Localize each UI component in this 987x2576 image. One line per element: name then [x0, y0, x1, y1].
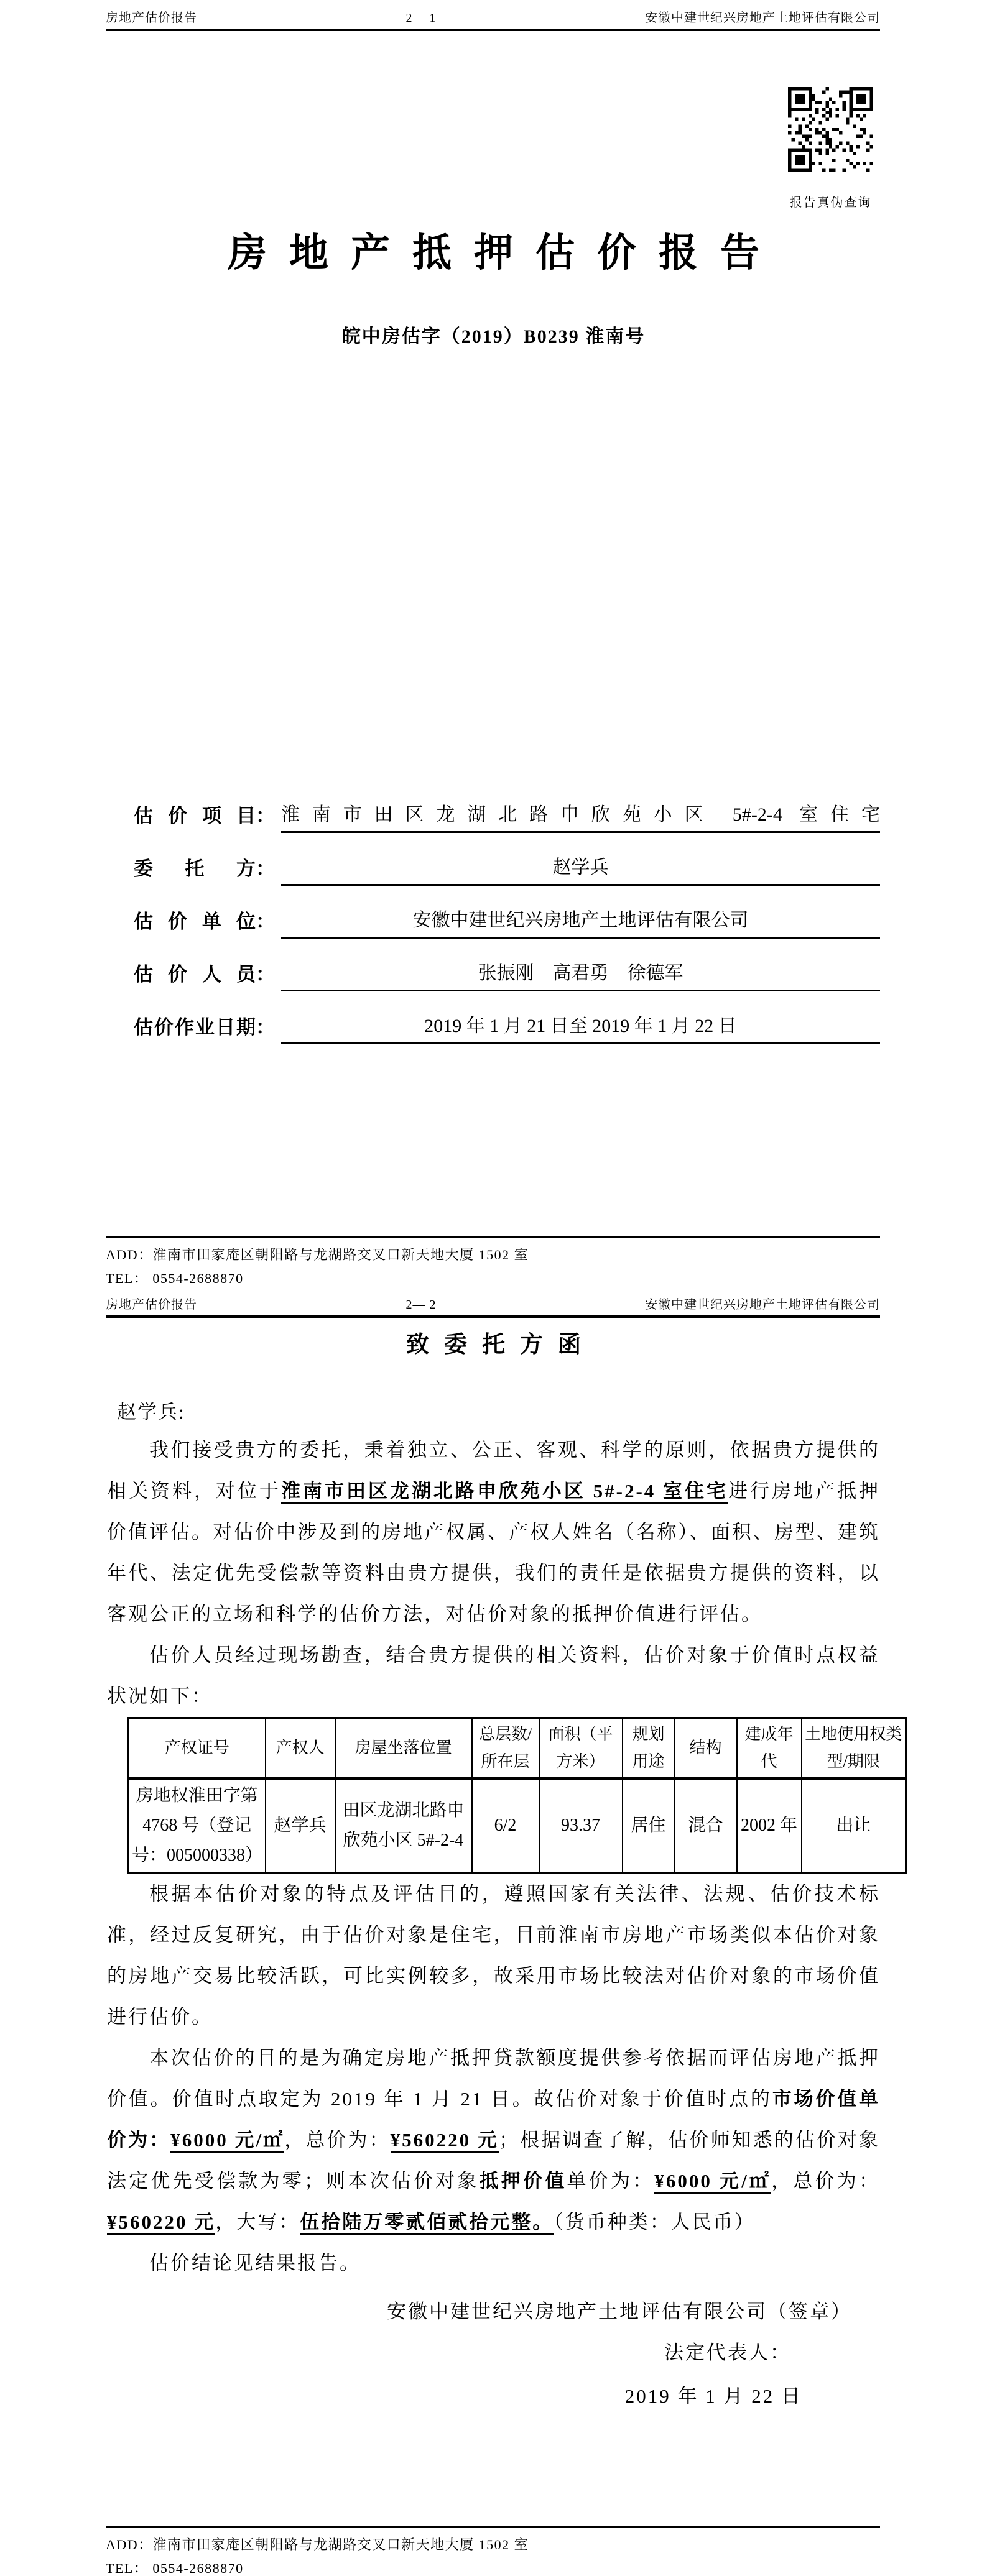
- text-run: ¥6000 元/㎡: [654, 2170, 771, 2194]
- table-cell: 6/2: [472, 1778, 539, 1873]
- field-value-work-dates: 2019 年 1 月 21 日至 2019 年 1 月 22 日: [281, 1014, 880, 1045]
- letter-title: 致委托方函: [0, 1325, 987, 1359]
- table-header-cell: 面积（平方米）: [539, 1718, 623, 1778]
- footer-address: ADD：淮南市田家庵区朝阳路与龙湖路交叉口新天地大厦 1502 室: [106, 2534, 529, 2554]
- table-header-cell: 房屋坐落位置: [335, 1718, 472, 1778]
- table-header-cell: 土地使用权类型/期限: [802, 1718, 906, 1778]
- signature-date: 2019 年 1 月 22 日: [107, 2376, 802, 2417]
- property-table-head: 产权证号产权人房屋坐落位置总层数/所在层面积（平方米）规划用途结构建成年代土地使…: [129, 1718, 906, 1778]
- text-run: ，总价为：: [771, 2170, 880, 2192]
- paragraph-conclusion-note: 估价结论见结果报告。: [107, 2243, 880, 2284]
- text-run: ¥6000 元/㎡: [170, 2129, 284, 2153]
- paragraph-valuation-result: 本次估价的目的是为确定房地产抵押贷款额度提供参考依据而评估房地产抵押价值。价值时…: [107, 2038, 880, 2243]
- cover-fields: 估价项目： 淮南市田区龙湖北路申欣苑小区 5#-2-4 室住宅 委托方： 赵学兵…: [134, 780, 880, 1044]
- text-run: 本次估价的目的是为确定房地产抵押贷款额度提供参考依据而评估房地产抵押价值。价值时…: [107, 2047, 880, 2110]
- table-header-cell: 产权人: [266, 1718, 335, 1778]
- page-1: 房地产估价报告 2— 1 安徽中建世纪兴房地产土地评估有限公司 报告真伪查询 房…: [0, 0, 987, 1287]
- paragraph-method: 根据本估价对象的特点及评估目的，遵照国家有关法律、法规、估价技术标准，经过反复研…: [107, 1874, 880, 2038]
- table-cell: 出让: [802, 1778, 906, 1873]
- field-row-work-dates: 估价作业日期： 2019 年 1 月 21 日至 2019 年 1 月 22 日: [134, 991, 880, 1044]
- field-value-agency: 安徽中建世纪兴房地产土地评估有限公司: [281, 909, 880, 939]
- header-page-number: 2— 2: [406, 1298, 437, 1312]
- text-run: 根据本估价对象的特点及评估目的，遵照国家有关法律、法规、估价技术标准，经过反复研…: [107, 1883, 880, 2028]
- paragraph-survey: 估价人员经过现场勘查，结合贵方提供的相关资料，估价对象于价值时点权益状况如下：: [107, 1635, 880, 1717]
- text-run: 估价结论见结果报告。: [149, 2252, 361, 2274]
- field-label: 估价人员: [134, 965, 256, 991]
- footer-rule: [106, 1236, 880, 1238]
- text-run: ，大写：: [215, 2211, 300, 2233]
- field-value-project: 淮南市田区龙湖北路申欣苑小区 5#-2-4 室住宅: [281, 803, 880, 834]
- report-number: 皖中房估字（2019）B0239 淮南号: [0, 321, 987, 348]
- footer-address: ADD：淮南市田家庵区朝阳路与龙湖路交叉口新天地大厦 1502 室: [106, 1244, 529, 1264]
- field-value-appraisers: 张振刚 高君勇 徐德军: [281, 962, 880, 992]
- field-colon: ：: [256, 859, 275, 886]
- text-run: ，总价为：: [284, 2129, 390, 2151]
- table-cell: 居住: [623, 1778, 675, 1873]
- field-row-project: 估价项目： 淮南市田区龙湖北路申欣苑小区 5#-2-4 室住宅: [134, 780, 880, 833]
- field-label: 委托方: [134, 859, 256, 886]
- qr-code: [788, 164, 873, 175]
- header-company-name: 安徽中建世纪兴房地产土地评估有限公司: [645, 7, 880, 25]
- appraisal-report-document: { "colors": { "ink": "#000000", "paper":…: [0, 0, 987, 2576]
- field-colon: ：: [256, 806, 275, 833]
- footer-telephone: TEL： 0554-2688870: [106, 1268, 244, 1287]
- field-label: 估价作业日期: [134, 1018, 256, 1044]
- property-table: 产权证号产权人房屋坐落位置总层数/所在层面积（平方米）规划用途结构建成年代土地使…: [127, 1717, 907, 1874]
- table-cell: 2002 年: [737, 1778, 802, 1873]
- paragraph-commission: 我们接受贵方的委托，秉着独立、公正、客观、科学的原则，依据贵方提供的相关资料，对…: [107, 1430, 880, 1635]
- header-company-name: 安徽中建世纪兴房地产土地评估有限公司: [645, 1294, 880, 1312]
- qr-caption: 报告真伪查询: [788, 192, 873, 210]
- header-doc-type: 房地产估价报告: [106, 7, 197, 25]
- letter-body: 我们接受贵方的委托，秉着独立、公正、客观、科学的原则，依据贵方提供的相关资料，对…: [107, 1430, 880, 2417]
- field-colon: ：: [256, 965, 275, 991]
- property-table-body: 房地权淮田字第4768 号（登记号：005000338）赵学兵田区龙湖北路申欣苑…: [129, 1778, 906, 1873]
- table-header-cell: 产权证号: [129, 1718, 266, 1778]
- field-value-client: 赵学兵: [281, 856, 880, 886]
- field-row-client: 委托方： 赵学兵: [134, 833, 880, 886]
- table-row: 房地权淮田字第4768 号（登记号：005000338）赵学兵田区龙湖北路申欣苑…: [129, 1778, 906, 1873]
- text-run: ¥560220 元: [391, 2129, 499, 2153]
- table-cell: 混合: [675, 1778, 737, 1873]
- signature-company: 安徽中建世纪兴房地产土地评估有限公司（签章）: [107, 2291, 852, 2332]
- header-rule: [106, 1315, 880, 1318]
- table-header-cell: 结构: [675, 1718, 737, 1778]
- field-colon: ：: [256, 912, 275, 939]
- header-rule: [106, 29, 880, 31]
- running-header: 房地产估价报告 2— 2 安徽中建世纪兴房地产土地评估有限公司: [106, 1294, 880, 1312]
- table-cell: 93.37: [539, 1778, 623, 1873]
- table-header-cell: 规划用途: [623, 1718, 675, 1778]
- table-cell: 房地权淮田字第4768 号（登记号：005000338）: [129, 1778, 266, 1873]
- text-run: 估价人员经过现场勘查，结合贵方提供的相关资料，估价对象于价值时点权益状况如下：: [107, 1644, 880, 1707]
- text-run: 抵押价值: [480, 2170, 567, 2192]
- field-label: 估价单位: [134, 912, 256, 939]
- text-run: ¥560220 元: [107, 2211, 215, 2235]
- header-page-number: 2— 1: [406, 11, 437, 25]
- table-header-cell: 建成年代: [737, 1718, 802, 1778]
- field-row-agency: 估价单位： 安徽中建世纪兴房地产土地评估有限公司: [134, 886, 880, 939]
- header-doc-type: 房地产估价报告: [106, 1294, 197, 1312]
- page-2: 房地产估价报告 2— 2 安徽中建世纪兴房地产土地评估有限公司 致委托方函 赵学…: [0, 1287, 987, 2576]
- field-colon: ：: [256, 1018, 275, 1044]
- footer-telephone: TEL： 0554-2688870: [106, 2558, 244, 2576]
- signature-legal-representative: 法定代表人：: [107, 2332, 791, 2373]
- running-header: 房地产估价报告 2— 1 安徽中建世纪兴房地产土地评估有限公司: [106, 7, 880, 25]
- table-header-row: 产权证号产权人房屋坐落位置总层数/所在层面积（平方米）规划用途结构建成年代土地使…: [129, 1718, 906, 1778]
- document-title: 房地产抵押估价报告: [0, 221, 987, 278]
- table-header-cell: 总层数/所在层: [472, 1718, 539, 1778]
- table-cell: 田区龙湖北路申欣苑小区 5#-2-4: [335, 1778, 472, 1873]
- field-row-appraisers: 估价人员： 张振刚 高君勇 徐德军: [134, 939, 880, 991]
- text-run: 伍拾陆万零贰佰贰拾元整。: [300, 2211, 554, 2235]
- table-cell: 赵学兵: [266, 1778, 335, 1873]
- salutation: 赵学兵:: [117, 1396, 185, 1424]
- text-run: （货币种类：人民币）: [554, 2211, 756, 2233]
- text-run: 淮南市田区龙湖北路申欣苑小区 5#-2-4 室住宅: [281, 1480, 728, 1504]
- footer-rule: [106, 2526, 880, 2528]
- qr-block: 报告真伪查询: [788, 87, 873, 210]
- field-label: 估价项目: [134, 806, 256, 833]
- text-run: 单价为：: [567, 2170, 655, 2192]
